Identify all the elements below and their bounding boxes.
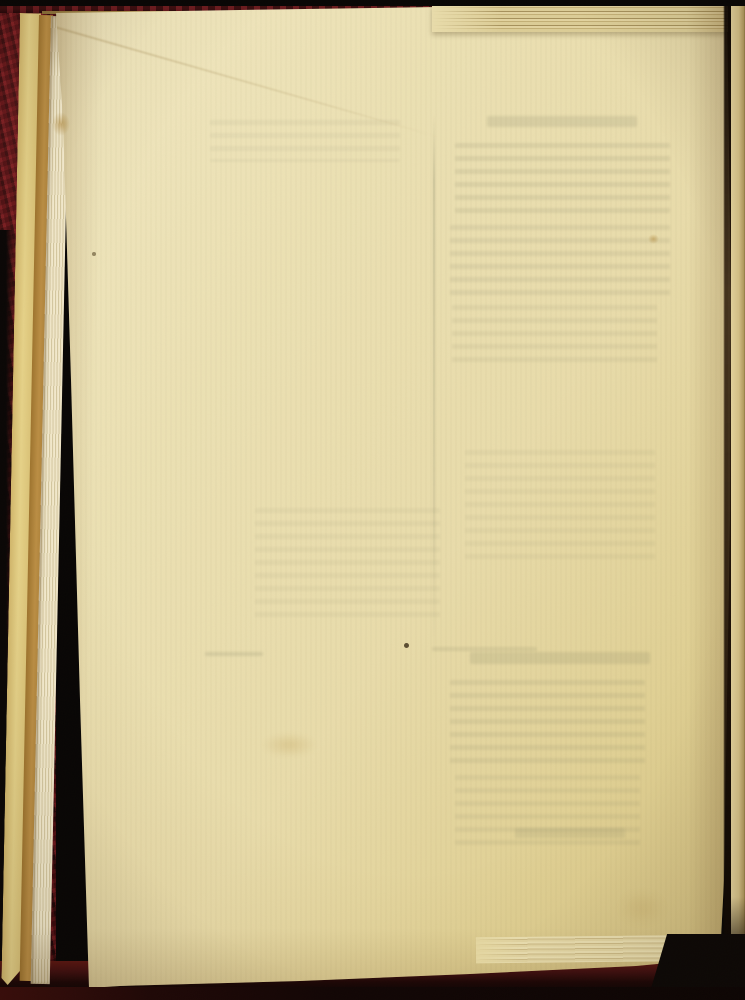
book-scan-photo (0, 0, 745, 1000)
paper-grain-texture (0, 0, 745, 1000)
